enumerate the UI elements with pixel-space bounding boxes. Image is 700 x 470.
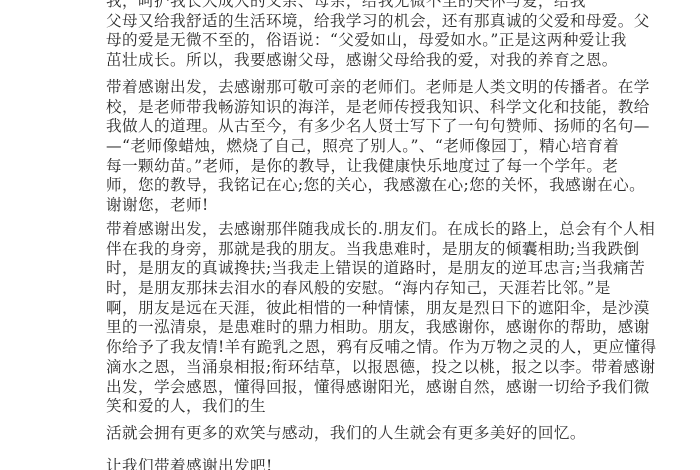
text-line: 母的爱是无微不至的，俗语说：“父爱如山，母爱如水。”正是这两种爱让我 — [106, 31, 588, 51]
text-line: 校，是老师带我畅游知识的海洋，是老师传授我知识、科学文化和技能，教给 — [106, 98, 588, 118]
text-line: 里的一泓清泉，是患难时的鼎力相助。朋友，我感谢你，感谢你的帮助，感谢 — [106, 318, 588, 338]
text-line: 我做人的道理。从古至今，有多少名人贤士写下了一句句赞师、扬师的名句— — [106, 117, 588, 137]
text-line: 你给予了我友情!羊有跪乳之恩，鸦有反哺之情。作为万物之灵的人，更应懂得 — [106, 338, 588, 358]
paragraph-teachers: 带着感谢出发，去感谢那可敬可亲的老师们。老师是人类文明的传播者。在学 校，是老师… — [106, 78, 588, 216]
text-line: 时，是朋友的真诚搀扶;当我走上错误的道路时，是朋友的逆耳忠言;当我痛苦 — [106, 259, 588, 279]
text-line: 啊，朋友是远在天涯，彼此相惜的一种情愫，朋友是烈日下的遮阳伞，是沙漠 — [106, 299, 588, 319]
text-line: 带着感谢出发，去感谢那可敬可亲的老师们。老师是人类文明的传播者。在学 — [106, 78, 588, 98]
text-line: 活就会拥有更多的欢笑与感动，我们的人生就会有更多美好的回忆。 — [106, 424, 588, 444]
paragraph-memories: 活就会拥有更多的欢笑与感动，我们的人生就会有更多美好的回忆。 — [106, 424, 588, 444]
text-line: 师，您的教导，我铭记在心;您的关心，我感激在心;您的关怀，我感谢在心。 — [106, 176, 588, 196]
paragraph-closing: 让我们带着感谢出发吧! — [106, 457, 588, 470]
text-line: 带着感谢出发，去感谢那伴随我成长的.朋友们。在成长的路上，总会有个人相 — [106, 220, 588, 240]
paragraph-parents: 我，呵护我长大成人的父亲、母亲，给我无微不至的关怀与爱，给我一 父母又给我舒适的… — [106, 0, 588, 71]
text-line: 笑和爱的人，我们的生 — [106, 397, 588, 417]
text-line: 父母又给我舒适的生活环境，给我学习的机会，还有那真诚的父爱和母爱。父 — [106, 12, 588, 32]
text-line: 茁壮成长。所以，我要感谢父母，感谢父母给我的爱，对我的养育之恩。 — [106, 51, 588, 71]
text-line: 谢谢您，老师! — [106, 196, 588, 216]
text-line: 滴水之恩，当涌泉相报;衔环结草，以报恩德，投之以桃，报之以李。带着感谢 — [106, 358, 588, 378]
text-line: 时，是朋友那抹去泪水的春风般的安慰。“海内存知己，天涯若比邻。”是 — [106, 279, 588, 299]
document-page: 我，呵护我长大成人的父亲、母亲，给我无微不至的关怀与爱，给我一 父母又给我舒适的… — [0, 0, 700, 470]
text-line: —“老师像蜡烛，燃烧了自己，照亮了别人。”、“老师像园丁，精心培育着 — [106, 137, 588, 157]
text-line: 伴在我的身旁，那就是我的朋友。当我患难时，是朋友的倾囊相助;当我跌倒 — [106, 240, 588, 260]
text-line: 让我们带着感谢出发吧! — [106, 457, 588, 470]
text-line: 出发，学会感恩，懂得回报，懂得感谢阳光，感谢自然，感谢一切给予我们微 — [106, 378, 588, 398]
text-line: 每一颗幼苗。”老师，是你的教导，让我健康快乐地度过了每一个学年。老 — [106, 157, 588, 177]
paragraph-friends: 带着感谢出发，去感谢那伴随我成长的.朋友们。在成长的路上，总会有个人相 伴在我的… — [106, 220, 588, 417]
text-line: 我，呵护我长大成人的父亲、母亲，给我无微不至的关怀与爱，给我一 — [106, 0, 588, 12]
